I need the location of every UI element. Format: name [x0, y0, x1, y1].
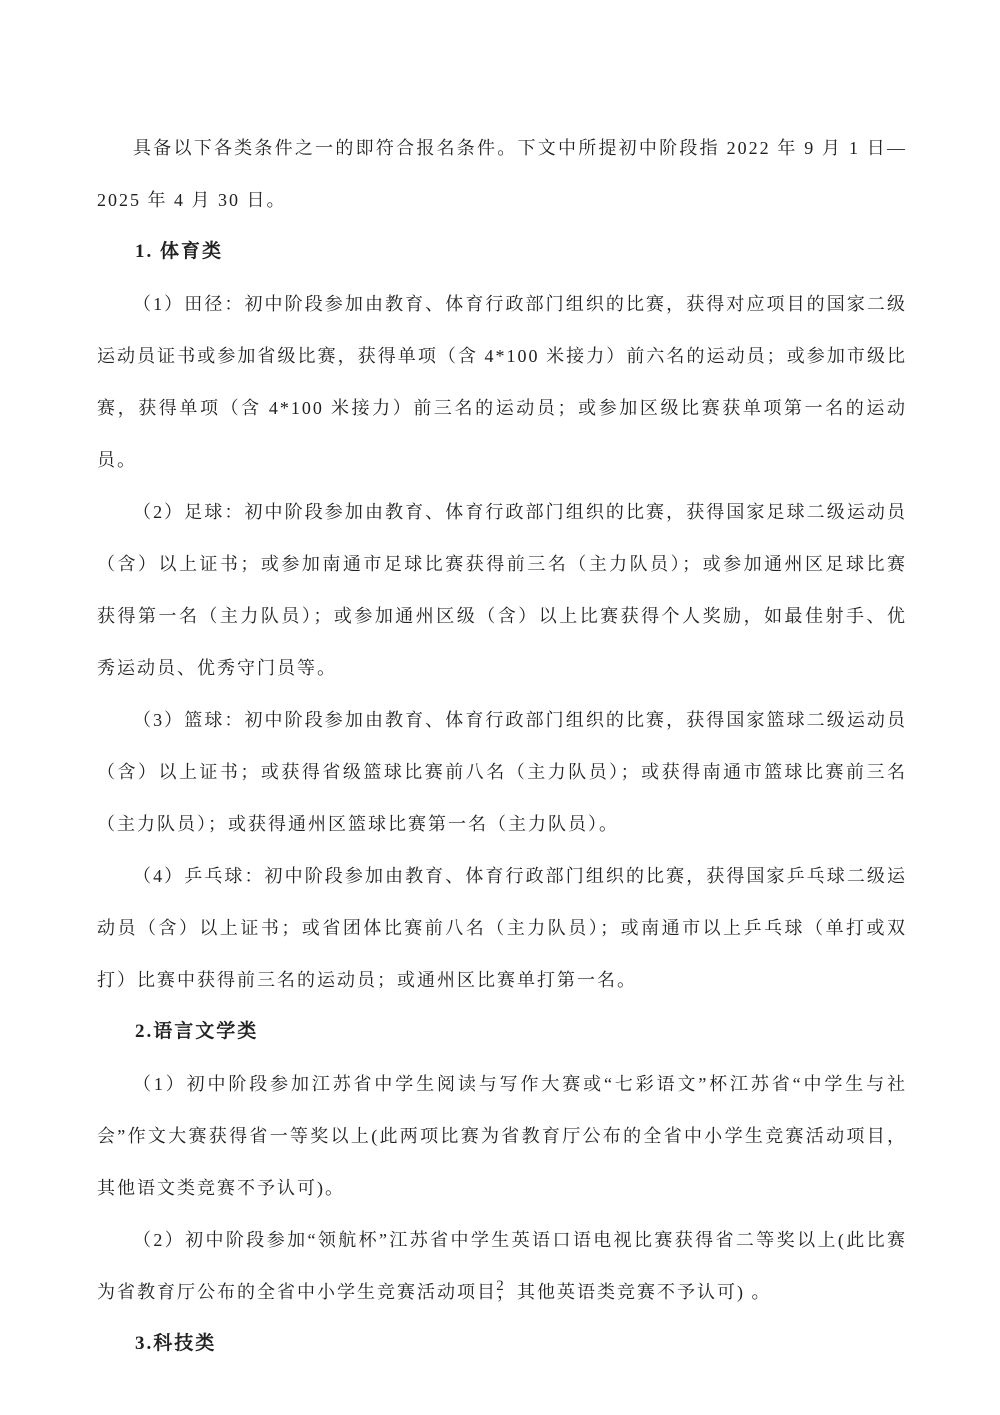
- heading-technology-category: 3.科技类: [97, 1318, 907, 1370]
- heading-language-literature-category: 2.语言文学类: [97, 1006, 907, 1058]
- para-table-tennis: （4）乒乓球：初中阶段参加由教育、体育行政部门组织的比赛，获得国家乒乓球二级运动…: [97, 850, 907, 1006]
- page-number: 2: [0, 1278, 1000, 1295]
- para-track-and-field: （1）田径：初中阶段参加由教育、体育行政部门组织的比赛，获得对应项目的国家二级运…: [97, 278, 907, 486]
- intro-paragraph: 具备以下各类条件之一的即符合报名条件。下文中所提初中阶段指 2022 年 9 月…: [97, 122, 907, 226]
- document-page: 具备以下各类条件之一的即符合报名条件。下文中所提初中阶段指 2022 年 9 月…: [0, 0, 1000, 1415]
- para-football: （2）足球：初中阶段参加由教育、体育行政部门组织的比赛，获得国家足球二级运动员（…: [97, 486, 907, 694]
- para-english-oral-contest: （2）初中阶段参加“领航杯”江苏省中学生英语口语电视比赛获得省二等奖以上(此比赛…: [97, 1214, 907, 1318]
- para-basketball: （3）篮球：初中阶段参加由教育、体育行政部门组织的比赛，获得国家篮球二级运动员（…: [97, 694, 907, 850]
- document-body: 具备以下各类条件之一的即符合报名条件。下文中所提初中阶段指 2022 年 9 月…: [97, 122, 907, 1370]
- heading-sports-category: 1. 体育类: [97, 226, 907, 278]
- para-reading-writing-contest: （1）初中阶段参加江苏省中学生阅读与写作大赛或“七彩语文”杯江苏省“中学生与社会…: [97, 1058, 907, 1214]
